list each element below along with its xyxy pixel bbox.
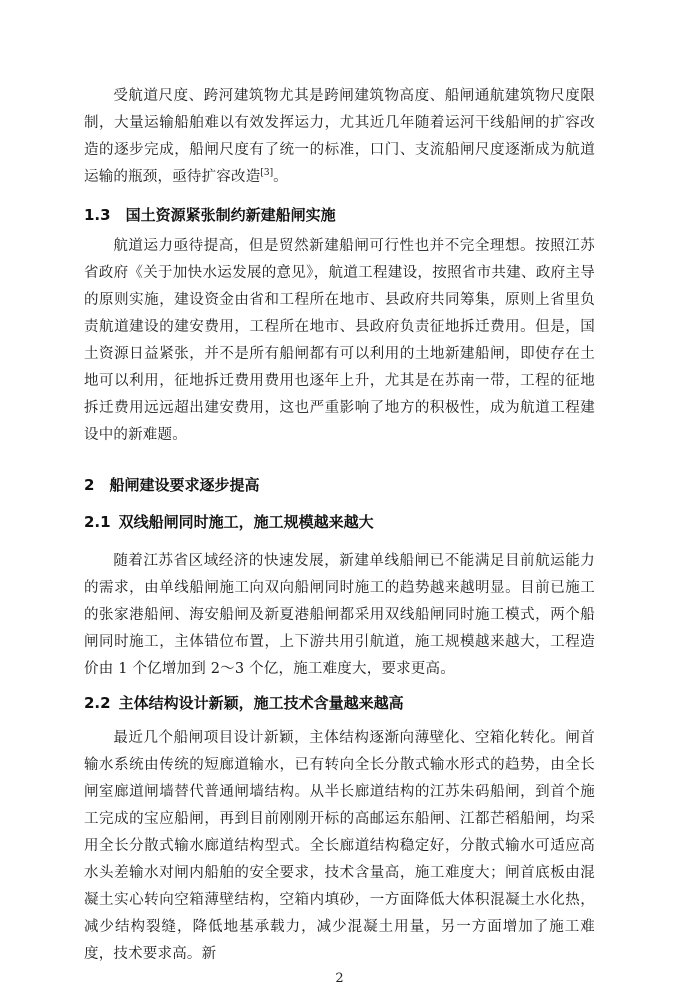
section-title: 主体结构设计新颖，施工技术含量越来越高 (119, 694, 404, 712)
paragraph-text: 受航道尺度、跨河建筑物尤其是跨闸建筑物高度、船闸通航建筑物尺度限制，大量运输船舶… (84, 88, 595, 185)
chapter-number: 2 (84, 476, 94, 494)
paragraph-text: 随着江苏省区域经济的快速发展，新建单线船闸已不能满足目前航运能力的需求，由单线船… (84, 553, 595, 677)
section-heading-1-3: 1.3国土资源紧张制约新建船闸实施 (84, 204, 595, 226)
page-number: 2 (84, 971, 595, 986)
paragraph-text: 最近几个船闸项目设计新颖，主体结构逐渐向薄壁化、空箱化转化。闸首输水系统由传统的… (84, 730, 595, 962)
section-number: 1.3 (84, 206, 111, 224)
document-page: 受航道尺度、跨河建筑物尤其是跨闸建筑物高度、船闸通航建筑物尺度限制，大量运输船舶… (0, 0, 679, 991)
paragraph-structure-design: 最近几个船闸项目设计新颖，主体结构逐渐向薄壁化、空箱化转化。闸首输水系统由传统的… (84, 725, 595, 968)
section-number: 2.2 (84, 694, 111, 712)
section-heading-2-1: 2.1双线船闸同时施工，施工规模越来越大 (84, 511, 595, 533)
chapter-title: 船闸建设要求逐步提高 (109, 476, 259, 494)
section-title: 国土资源紧张制约新建船闸实施 (126, 206, 336, 224)
paragraph-dual-lock-construction: 随着江苏省区域经济的快速发展，新建单线船闸已不能满足目前航运能力的需求，由单线船… (84, 548, 595, 683)
chapter-heading-2: 2船闸建设要求逐步提高 (84, 474, 595, 496)
paragraph-text-tail: 。 (273, 169, 288, 185)
paragraph-land-resources: 航道运力亟待提高，但是贸然新建船闸可行性也并不完全理想。按照江苏省政府《关于加快… (84, 233, 595, 449)
paragraph-text: 航道运力亟待提高，但是贸然新建船闸可行性也并不完全理想。按照江苏省政府《关于加快… (84, 238, 595, 443)
section-number: 2.1 (84, 513, 111, 531)
section-title: 双线船闸同时施工，施工规模越来越大 (119, 513, 374, 531)
paragraph-channel-limits: 受航道尺度、跨河建筑物尤其是跨闸建筑物高度、船闸通航建筑物尺度限制，大量运输船舶… (84, 83, 595, 191)
section-heading-2-2: 2.2主体结构设计新颖，施工技术含量越来越高 (84, 692, 595, 714)
citation-superscript: [3] (260, 168, 273, 178)
